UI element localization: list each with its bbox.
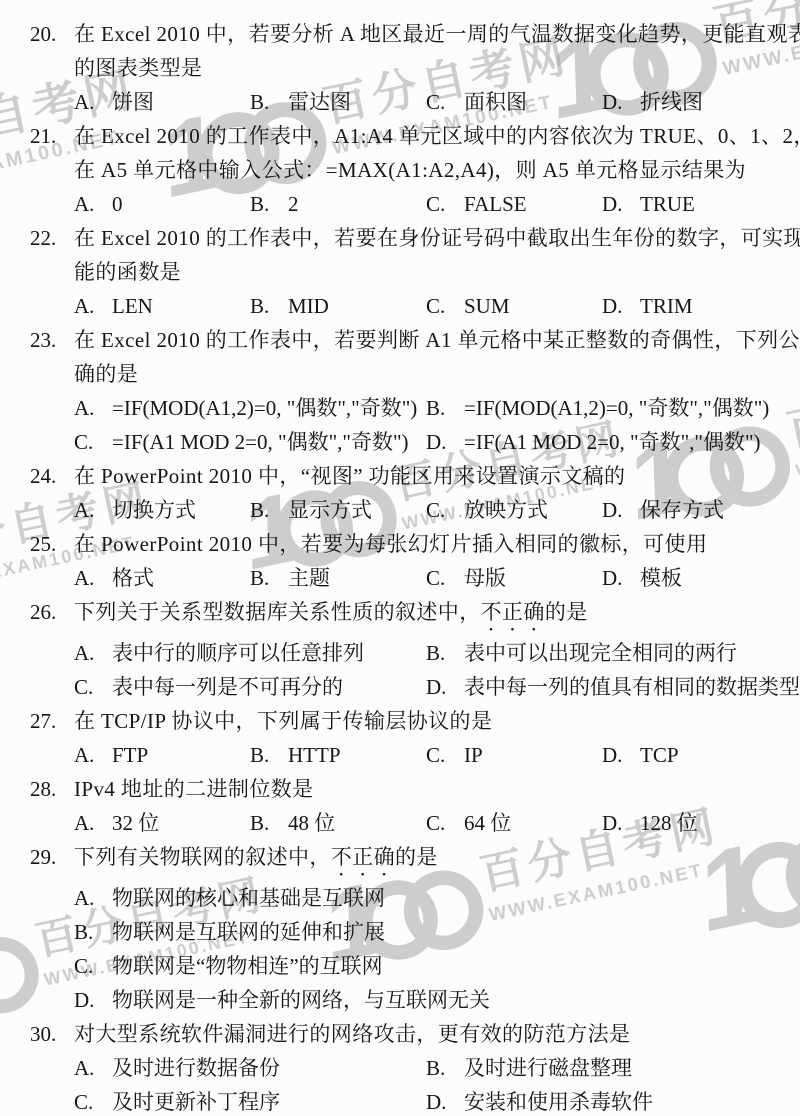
question-stem-line: 在 PowerPoint 2010 中，“视图” 功能区用来设置演示文稿的 [74, 459, 800, 493]
question-stem-line: 在 TCP/IP 协议中，下列属于传输层协议的是 [74, 704, 800, 738]
question-stem-line: 在 Excel 2010 中，若要分析 A 地区最近一周的气温数据变化趋势，更能… [74, 17, 800, 51]
question-stem-line: 下列关于关系型数据库关系性质的叙述中，不正确的是 [74, 595, 800, 636]
option-label: A. [74, 493, 101, 527]
option-text: 表中每一列是不可再分的 [112, 670, 343, 704]
question: 30.对大型系统软件漏洞进行的网络攻击，更有效的防范方法是A.及时进行数据备份B… [0, 1017, 800, 1116]
question: 27.在 TCP/IP 协议中，下列属于传输层协议的是A.FTPB.HTTPC.… [0, 704, 800, 772]
question-number: 27. [30, 704, 56, 738]
option: B.显示方式 [250, 493, 426, 527]
question-number: 25. [30, 527, 56, 561]
option-label: B. [250, 187, 277, 221]
option-label: D. [602, 806, 629, 840]
option-label: A. [74, 85, 101, 119]
option-label: C. [426, 85, 453, 119]
stem-text: 下列关于关系型数据库关系性质的叙述中， [74, 600, 481, 624]
option-label: B. [250, 289, 277, 323]
option-label: A. [74, 881, 101, 915]
option-text: 表中可以出现完全相同的两行 [464, 636, 737, 670]
option-text: 格式 [112, 561, 154, 595]
stem-text: 在 Excel 2010 的工作表中，A1:A4 单元区域中的内容依次为 TRU… [74, 124, 800, 148]
stem-text: 的图表类型是 [74, 56, 202, 80]
option-text: 保存方式 [640, 493, 724, 527]
option: C.IP [426, 738, 602, 772]
option-label: B. [74, 915, 101, 949]
option-label: B. [250, 806, 277, 840]
option-label: D. [602, 85, 629, 119]
option-text: 面积图 [464, 85, 527, 119]
option-text: 雷达图 [288, 85, 351, 119]
option: B.=IF(MOD(A1,2)=0, "奇数","偶数") [426, 391, 800, 425]
stem-text: 对大型系统软件漏洞进行的网络攻击，更有效的防范方法是 [74, 1022, 630, 1046]
option-label: B. [250, 738, 277, 772]
option-text: 物联网的核心和基础是互联网 [112, 881, 385, 915]
option-text: TCP [640, 738, 679, 772]
option-text: 表中行的顺序可以任意排列 [112, 636, 364, 670]
option-text: 安装和使用杀毒软件 [464, 1085, 653, 1116]
option-label: C. [426, 738, 453, 772]
question: 20.在 Excel 2010 中，若要分析 A 地区最近一周的气温数据变化趋势… [0, 17, 800, 119]
option-text: 物联网是互联网的延伸和扩展 [112, 915, 385, 949]
option-label: B. [250, 561, 277, 595]
option-text: 主题 [288, 561, 330, 595]
question: 29.下列有关物联网的叙述中，不正确的是A.物联网的核心和基础是互联网B.物联网… [0, 840, 800, 1017]
option: C.母版 [426, 561, 602, 595]
option: C.=IF(A1 MOD 2=0, "偶数","奇数") [74, 425, 426, 459]
option-label: C. [426, 561, 453, 595]
option-label: C. [426, 806, 453, 840]
question-number: 22. [30, 221, 56, 255]
option: D.TCP [602, 738, 800, 772]
option: D.TRIM [602, 289, 800, 323]
option: C.SUM [426, 289, 602, 323]
option-text: 2 [288, 187, 299, 221]
options-row: A.32 位B.48 位C.64 位D.128 位 [74, 806, 800, 840]
question-number: 30. [30, 1017, 56, 1051]
options-row: A.表中行的顺序可以任意排列B.表中可以出现完全相同的两行C.表中每一列是不可再… [74, 636, 800, 704]
option: A.=IF(MOD(A1,2)=0, "偶数","奇数") [74, 391, 426, 425]
options-row: A.FTPB.HTTPC.IPD.TCP [74, 738, 800, 772]
options-row: A.切换方式B.显示方式C.放映方式D.保存方式 [74, 493, 800, 527]
option-label: C. [426, 187, 453, 221]
option-text: 折线图 [640, 85, 703, 119]
option: D.保存方式 [602, 493, 800, 527]
stem-text: 的是 [395, 845, 438, 869]
option-text: SUM [464, 289, 510, 323]
option-label: A. [74, 561, 101, 595]
option-label: D. [602, 738, 629, 772]
option: C.FALSE [426, 187, 602, 221]
option-label: D. [426, 1085, 453, 1116]
option-label: C. [426, 289, 453, 323]
question-stem-line: 下列有关物联网的叙述中，不正确的是 [74, 840, 800, 881]
option-label: B. [250, 85, 277, 119]
option-label: A. [74, 636, 101, 670]
question-stem-line: 的图表类型是 [74, 51, 800, 85]
option: A.格式 [74, 561, 250, 595]
question-stem-line: 在 Excel 2010 的工作表中，若要判断 A1 单元格中某正整数的奇偶性，… [74, 323, 800, 357]
question-number: 29. [30, 840, 56, 874]
option-text: 表中每一列的值具有相同的数据类型 [464, 670, 800, 704]
option-text: 放映方式 [464, 493, 548, 527]
question-stem-line: 对大型系统软件漏洞进行的网络攻击，更有效的防范方法是 [74, 1017, 800, 1051]
question-number: 26. [30, 595, 56, 629]
option: D.模板 [602, 561, 800, 595]
stem-text: 在 PowerPoint 2010 中，若要为每张幻灯片插入相同的徽标，可使用 [74, 532, 707, 556]
option: B.及时进行磁盘整理 [426, 1051, 800, 1085]
question: 24.在 PowerPoint 2010 中，“视图” 功能区用来设置演示文稿的… [0, 459, 800, 527]
option: D.物联网是一种全新的网络，与互联网无关 [74, 983, 800, 1017]
option-label: D. [426, 670, 453, 704]
option-label: D. [602, 493, 629, 527]
option: B.主题 [250, 561, 426, 595]
option-label: A. [74, 738, 101, 772]
option: D.安装和使用杀毒软件 [426, 1085, 800, 1116]
option-text: 物联网是“物物相连”的互联网 [112, 949, 383, 983]
option: A.切换方式 [74, 493, 250, 527]
stem-text: 的是 [545, 600, 588, 624]
question: 28.IPv4 地址的二进制位数是A.32 位B.48 位C.64 位D.128… [0, 772, 800, 840]
option-text: MID [288, 289, 329, 323]
option-text: 64 位 [464, 806, 511, 840]
stem-text: 下列有关物联网的叙述中， [74, 845, 331, 869]
question-number: 20. [30, 17, 56, 51]
question-stem-line: 在 Excel 2010 的工作表中，A1:A4 单元区域中的内容依次为 TRU… [74, 119, 800, 153]
question-number: 24. [30, 459, 56, 493]
emphasized-text: 不正确 [331, 845, 395, 869]
option: D.TRUE [602, 187, 800, 221]
option-text: =IF(A1 MOD 2=0, "奇数","偶数") [464, 425, 761, 459]
options-row: A.及时进行数据备份B.及时进行磁盘整理C.及时更新补丁程序D.安装和使用杀毒软… [74, 1051, 800, 1116]
option: C.面积图 [426, 85, 602, 119]
option-label: B. [426, 391, 453, 425]
option-text: 及时更新补丁程序 [112, 1085, 280, 1116]
question: 21.在 Excel 2010 的工作表中，A1:A4 单元区域中的内容依次为 … [0, 119, 800, 221]
stem-text: 在 Excel 2010 中，若要分析 A 地区最近一周的气温数据变化趋势，更能… [74, 22, 800, 46]
option-text: FALSE [464, 187, 527, 221]
option-text: 显示方式 [288, 493, 372, 527]
option-label: C. [74, 1085, 101, 1116]
option-text: FTP [112, 738, 148, 772]
stem-text: 能的函数是 [74, 260, 181, 284]
option-label: A. [74, 1051, 101, 1085]
question-stem-line: IPv4 地址的二进制位数是 [74, 772, 800, 806]
option: A.0 [74, 187, 250, 221]
option-label: D. [602, 187, 629, 221]
question-stem-line: 在 Excel 2010 的工作表中，若要在身份证号码中截取出生年份的数字，可实… [74, 221, 800, 255]
options-row: A.物联网的核心和基础是互联网B.物联网是互联网的延伸和扩展C.物联网是“物物相… [74, 881, 800, 1017]
option: A.LEN [74, 289, 250, 323]
option: D.=IF(A1 MOD 2=0, "奇数","偶数") [426, 425, 800, 459]
option-label: C. [426, 493, 453, 527]
option: C.64 位 [426, 806, 602, 840]
option-text: TRIM [640, 289, 693, 323]
option: C.表中每一列是不可再分的 [74, 670, 426, 704]
stem-text: IPv4 地址的二进制位数是 [74, 777, 314, 801]
option: B.48 位 [250, 806, 426, 840]
question: 25.在 PowerPoint 2010 中，若要为每张幻灯片插入相同的徽标，可… [0, 527, 800, 595]
option: A.32 位 [74, 806, 250, 840]
option-text: LEN [112, 289, 153, 323]
option-text: 模板 [640, 561, 682, 595]
option-label: A. [74, 391, 101, 425]
options-row: A.=IF(MOD(A1,2)=0, "偶数","奇数")B.=IF(MOD(A… [74, 391, 800, 459]
option-label: D. [74, 983, 101, 1017]
option: B.雷达图 [250, 85, 426, 119]
option: B.HTTP [250, 738, 426, 772]
question: 22.在 Excel 2010 的工作表中，若要在身份证号码中截取出生年份的数字… [0, 221, 800, 323]
option: D.折线图 [602, 85, 800, 119]
option-label: B. [426, 636, 453, 670]
option: B.2 [250, 187, 426, 221]
option-text: =IF(MOD(A1,2)=0, "偶数","奇数") [112, 391, 417, 425]
question-number: 21. [30, 119, 56, 153]
option: C.放映方式 [426, 493, 602, 527]
options-row: A.LENB.MIDC.SUMD.TRIM [74, 289, 800, 323]
option: A.物联网的核心和基础是互联网 [74, 881, 800, 915]
question-stem-line: 在 A5 单元格中输入公式：=MAX(A1:A2,A4)，则 A5 单元格显示结… [74, 153, 800, 187]
question-stem-line: 在 PowerPoint 2010 中，若要为每张幻灯片插入相同的徽标，可使用 [74, 527, 800, 561]
question: 23.在 Excel 2010 的工作表中，若要判断 A1 单元格中某正整数的奇… [0, 323, 800, 459]
option-text: 及时进行磁盘整理 [464, 1051, 632, 1085]
option-text: IP [464, 738, 483, 772]
option-text: 32 位 [112, 806, 159, 840]
stem-text: 在 Excel 2010 的工作表中，若要判断 A1 单元格中某正整数的奇偶性，… [74, 328, 800, 352]
question: 26.下列关于关系型数据库关系性质的叙述中，不正确的是A.表中行的顺序可以任意排… [0, 595, 800, 704]
question-stem-line: 确的是 [74, 357, 800, 391]
option-text: TRUE [640, 187, 695, 221]
option-label: B. [250, 493, 277, 527]
stem-text: 在 A5 单元格中输入公式：=MAX(A1:A2,A4)，则 A5 单元格显示结… [74, 158, 746, 182]
option-text: =IF(A1 MOD 2=0, "偶数","奇数") [112, 425, 409, 459]
option-label: B. [426, 1051, 453, 1085]
options-row: A.格式B.主题C.母版D.模板 [74, 561, 800, 595]
option-text: 128 位 [640, 806, 698, 840]
option: B.MID [250, 289, 426, 323]
option: D.128 位 [602, 806, 800, 840]
option-text: HTTP [288, 738, 341, 772]
options-row: A.饼图B.雷达图C.面积图D.折线图 [74, 85, 800, 119]
option-label: D. [602, 289, 629, 323]
option-text: 物联网是一种全新的网络，与互联网无关 [112, 983, 490, 1017]
stem-text: 确的是 [74, 362, 138, 386]
question-number: 23. [30, 323, 56, 357]
option-text: 0 [112, 187, 123, 221]
question-stem-line: 能的函数是 [74, 255, 800, 289]
stem-text: 在 TCP/IP 协议中，下列属于传输层协议的是 [74, 709, 492, 733]
option: A.FTP [74, 738, 250, 772]
option-label: D. [426, 425, 453, 459]
option-label: C. [74, 670, 101, 704]
options-row: A.0B.2C.FALSED.TRUE [74, 187, 800, 221]
option: C.物联网是“物物相连”的互联网 [74, 949, 800, 983]
stem-text: 在 PowerPoint 2010 中，“视图” 功能区用来设置演示文稿的 [74, 464, 625, 488]
option-text: =IF(MOD(A1,2)=0, "奇数","偶数") [464, 391, 769, 425]
emphasized-text: 不正确 [481, 600, 545, 624]
option: A.饼图 [74, 85, 250, 119]
question-number: 28. [30, 772, 56, 806]
option-label: A. [74, 289, 101, 323]
option: A.及时进行数据备份 [74, 1051, 426, 1085]
option: B.物联网是互联网的延伸和扩展 [74, 915, 800, 949]
option-text: 切换方式 [112, 493, 196, 527]
option-label: A. [74, 806, 101, 840]
option: B.表中可以出现完全相同的两行 [426, 636, 800, 670]
option-text: 饼图 [112, 85, 154, 119]
option-text: 及时进行数据备份 [112, 1051, 280, 1085]
exam-page: 20.在 Excel 2010 中，若要分析 A 地区最近一周的气温数据变化趋势… [0, 0, 800, 1116]
option-label: C. [74, 425, 101, 459]
stem-text: 在 Excel 2010 的工作表中，若要在身份证号码中截取出生年份的数字，可实… [74, 226, 800, 250]
option: A.表中行的顺序可以任意排列 [74, 636, 426, 670]
option-label: D. [602, 561, 629, 595]
option-label: A. [74, 187, 101, 221]
option-label: C. [74, 949, 101, 983]
option-text: 母版 [464, 561, 506, 595]
option: C.及时更新补丁程序 [74, 1085, 426, 1116]
option-text: 48 位 [288, 806, 335, 840]
option: D.表中每一列的值具有相同的数据类型 [426, 670, 800, 704]
